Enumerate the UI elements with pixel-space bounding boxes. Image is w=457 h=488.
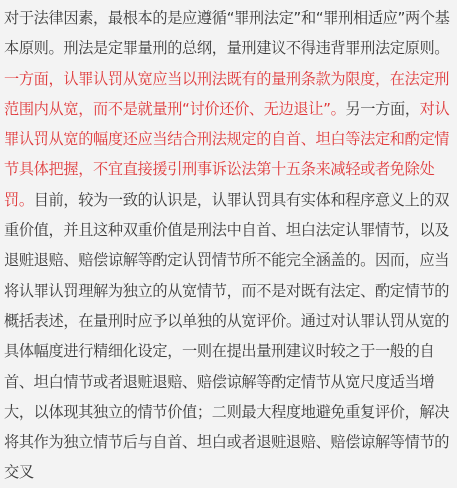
text-segment: 目前，较为一致的认识是，认罪认罚具有实体和程序意义上的双重价值，并且这种双重价值… (4, 191, 449, 376)
text-segment: 另一方面， (345, 100, 419, 118)
text-segment: 对于法律因素，最根本的是应遵循“罪刑法定”和“罪刑相适应”两个基本原则。刑法是定… (4, 9, 450, 57)
article-paragraph: 对于法律因素，最根本的是应遵循“罪刑法定”和“罪刑相适应”两个基本原则。刑法是定… (4, 3, 457, 376)
